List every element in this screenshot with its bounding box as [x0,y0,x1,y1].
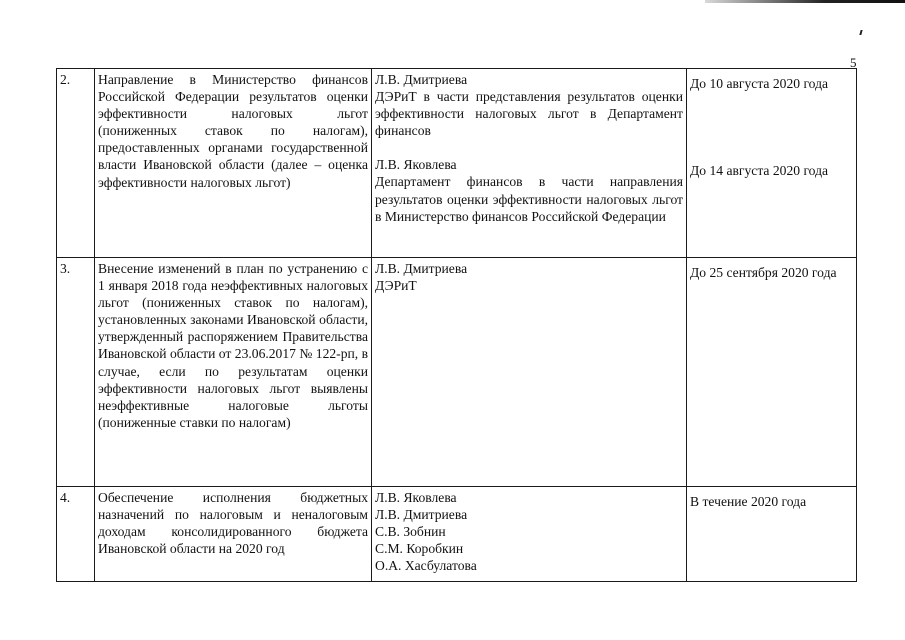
responsible-cell: Л.В. Яковлева Л.В. Дмитриева С.В. Зобнин… [372,487,687,582]
deadline: До 10 августа 2020 года [690,75,853,92]
responsible-note: ДЭРиТ [375,277,683,294]
action-description: Внесение изменений в план по устранению … [95,258,372,487]
responsible-name: Л.В. Дмитриева [375,71,683,88]
row-number: 3. [57,258,95,487]
scan-speck-artifact [859,30,862,35]
responsible-name: Л.В. Дмитриева [375,506,683,523]
responsible-name: О.А. Хасбулатова [375,557,683,574]
responsible-note: Департамент финансов в части направления… [375,173,683,224]
responsible-name: Л.В. Яковлева [375,489,683,506]
scan-edge-artifact [705,0,905,3]
responsible-note: ДЭРиТ в части представления результатов … [375,88,683,139]
table-row: 3. Внесение изменений в план по устранен… [57,258,857,487]
deadline-cell: В течение 2020 года [687,487,857,582]
responsible-name: Л.В. Дмитриева [375,260,683,277]
action-description: Обеспечение исполнения бюджетных назначе… [95,487,372,582]
table-row: 4. Обеспечение исполнения бюджетных назн… [57,487,857,582]
responsible-name: Л.В. Яковлева [375,156,683,173]
responsible-cell: Л.В. Дмитриева ДЭРиТ в части представлен… [372,69,687,258]
deadline-cell: До 25 сентября 2020 года [687,258,857,487]
row-number: 2. [57,69,95,258]
table-row: 2. Направление в Министерство финансов Р… [57,69,857,258]
responsible-cell: Л.В. Дмитриева ДЭРиТ [372,258,687,487]
action-plan-table: 2. Направление в Министерство финансов Р… [56,68,857,582]
deadline-cell: До 10 августа 2020 года До 14 августа 20… [687,69,857,258]
deadline: До 14 августа 2020 года [690,162,853,179]
action-description: Направление в Министерство финансов Росс… [95,69,372,258]
responsible-name: С.В. Зобнин [375,523,683,540]
row-number: 4. [57,487,95,582]
deadline: В течение 2020 года [690,493,853,510]
responsible-name: С.М. Коробкин [375,540,683,557]
deadline: До 25 сентября 2020 года [690,264,853,281]
